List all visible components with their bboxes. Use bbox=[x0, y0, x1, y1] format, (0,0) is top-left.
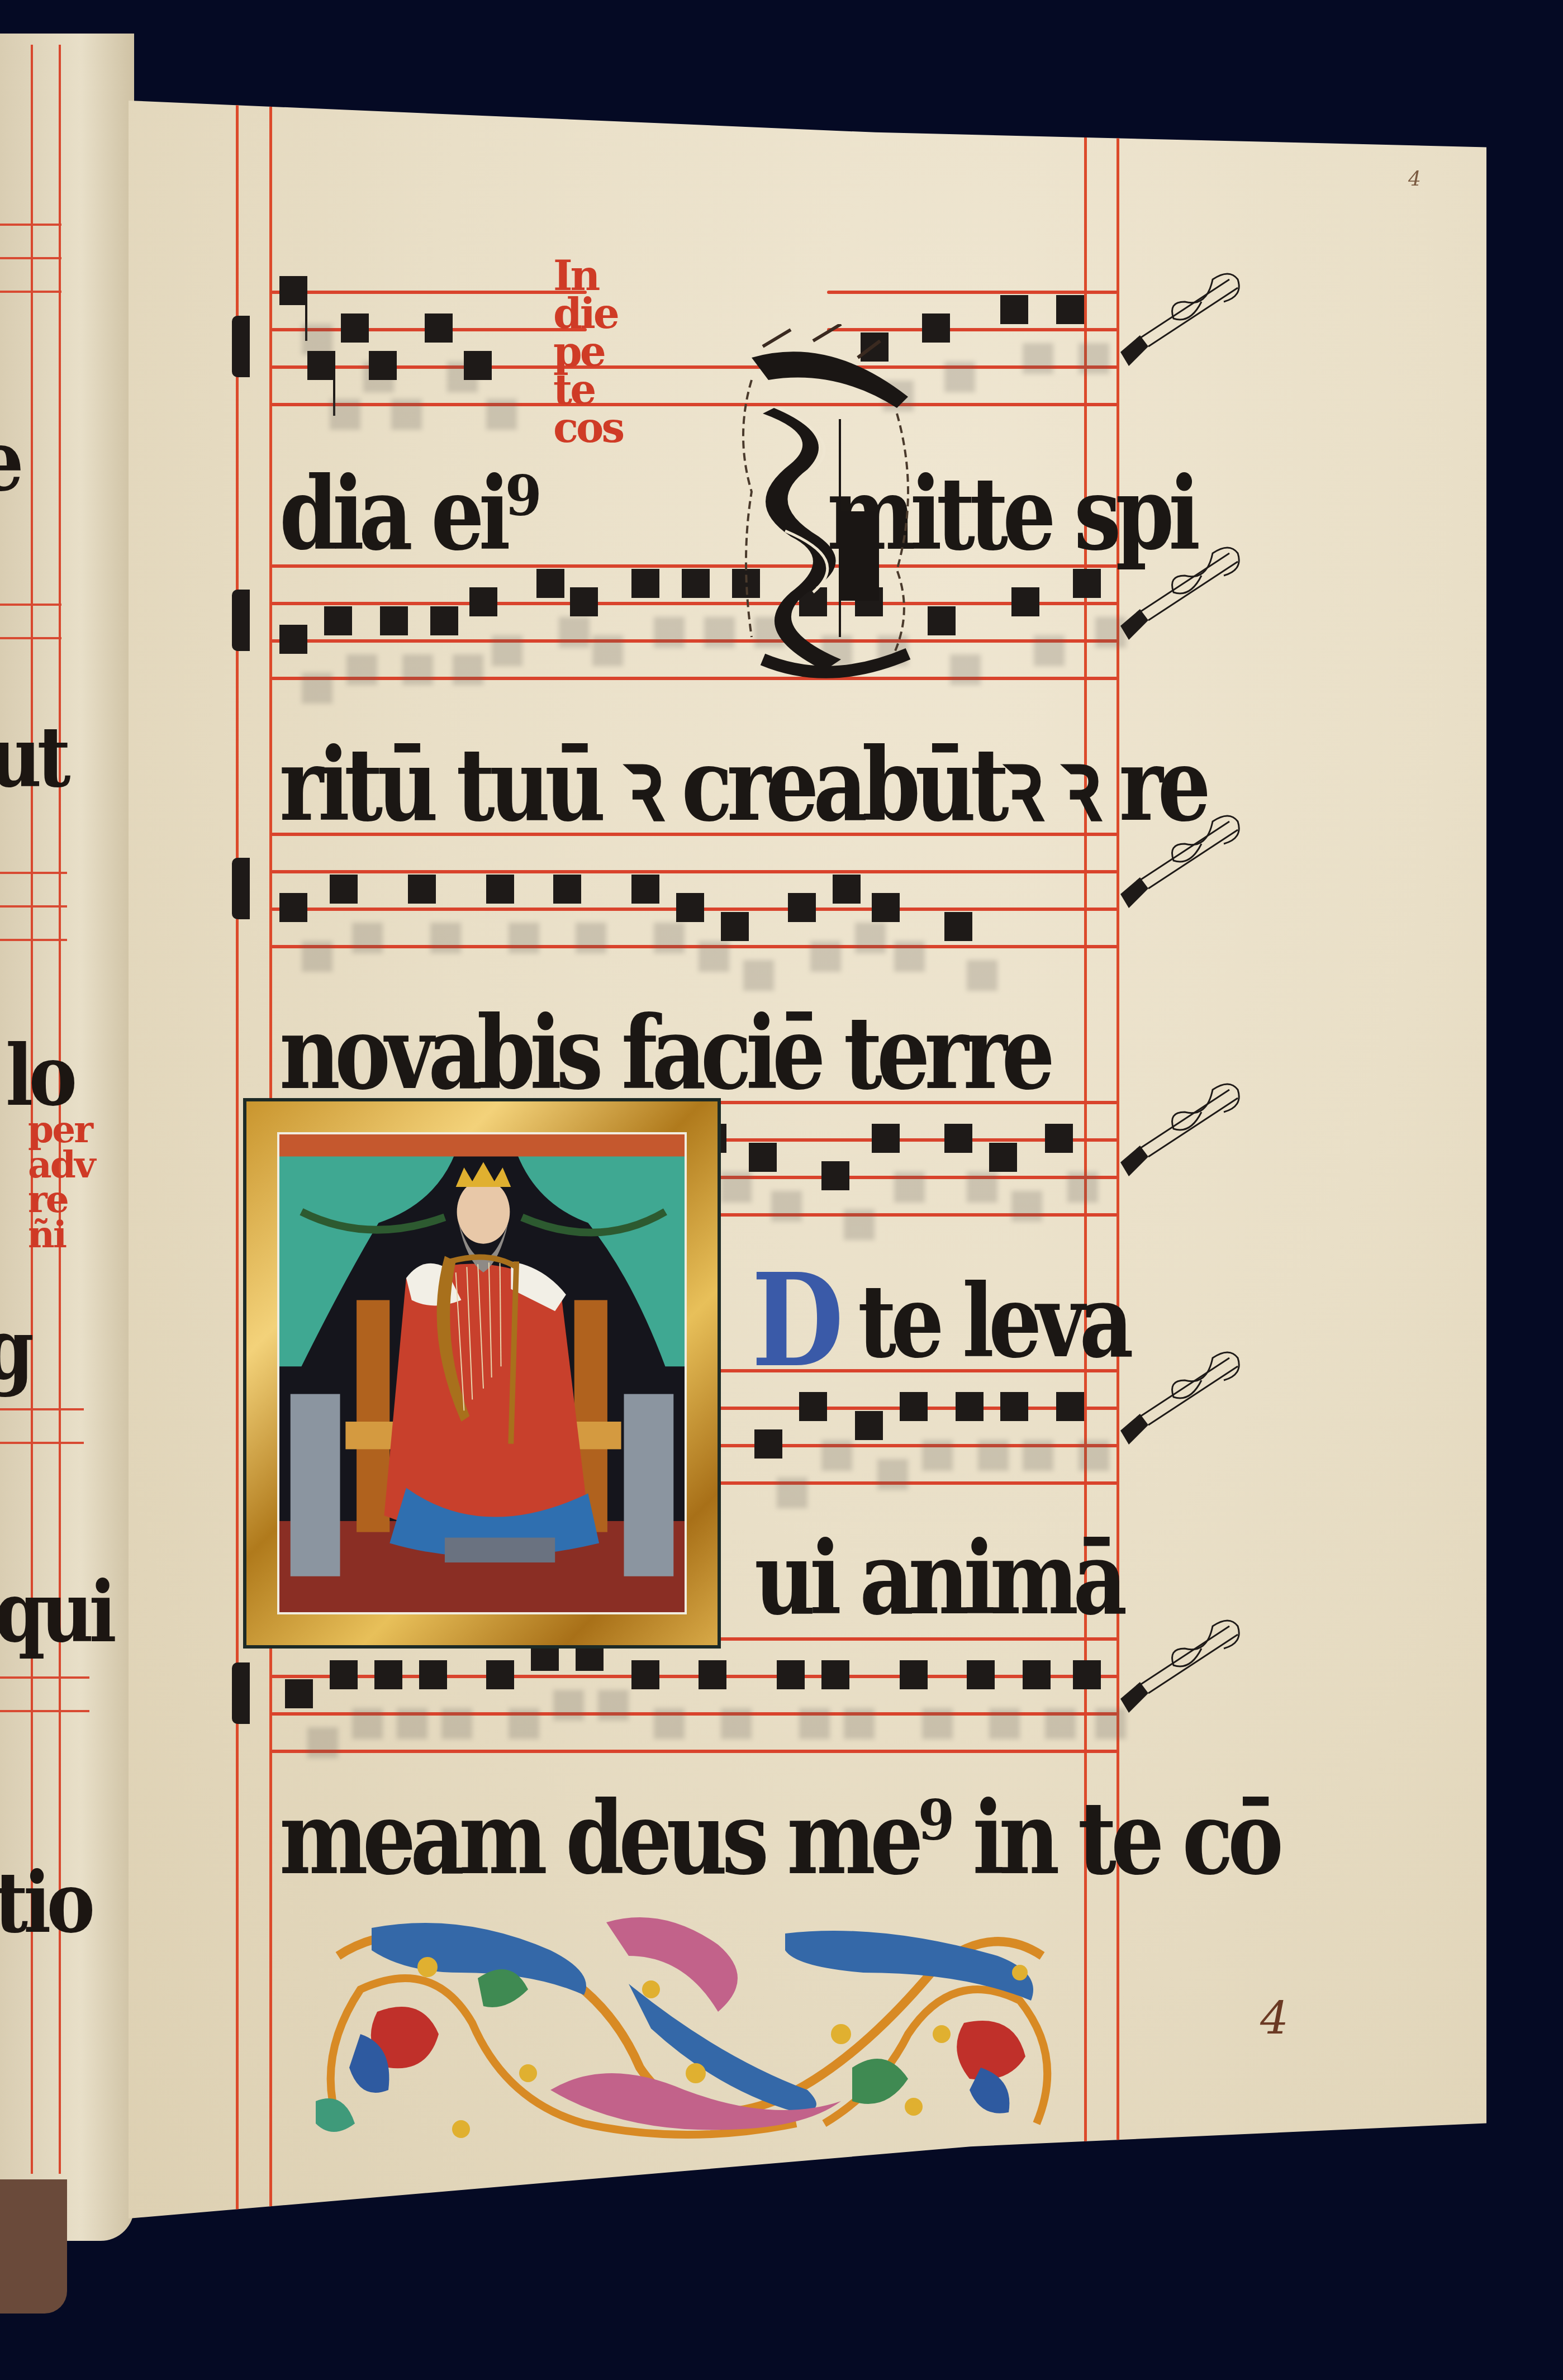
lyric-line-1a: dia ei⁹ bbox=[279, 464, 536, 564]
square-neume bbox=[330, 1660, 358, 1689]
show-through-shadow bbox=[576, 923, 606, 953]
show-through-shadow bbox=[1023, 1440, 1053, 1471]
square-neume bbox=[285, 1679, 313, 1708]
acanthus-border-ornament bbox=[293, 1889, 1076, 2151]
show-through-shadow bbox=[559, 617, 590, 648]
square-neume bbox=[900, 1660, 928, 1689]
staff-line bbox=[687, 1213, 1118, 1217]
left-page-word: lo bbox=[6, 1034, 73, 1118]
rubric-line: te bbox=[553, 371, 623, 409]
lyric-line-4: te leva bbox=[858, 1271, 1128, 1372]
square-neume bbox=[699, 1660, 726, 1689]
square-neume bbox=[553, 875, 581, 904]
show-through-shadow bbox=[844, 1209, 875, 1240]
manuscript-page: dia ei⁹ mitte spi ritū tuū ꝛ creabūtꝛ ꝛ … bbox=[129, 101, 1486, 2219]
blue-initial-d: D bbox=[752, 1257, 838, 1385]
staff-line bbox=[271, 291, 587, 294]
show-through-shadow bbox=[1034, 635, 1065, 666]
square-neume bbox=[330, 875, 358, 904]
square-neume bbox=[989, 1143, 1017, 1172]
square-neume bbox=[464, 351, 492, 380]
square-neume bbox=[279, 893, 307, 922]
square-neume bbox=[279, 625, 307, 654]
show-through-shadow bbox=[598, 1690, 629, 1721]
square-neume bbox=[1023, 1660, 1051, 1689]
show-through-shadow bbox=[330, 399, 360, 430]
show-through-shadow bbox=[441, 1708, 472, 1739]
show-through-shadow bbox=[430, 923, 461, 953]
rubric-line: In bbox=[553, 257, 623, 295]
show-through-shadow bbox=[877, 1459, 908, 1490]
square-neume bbox=[570, 587, 598, 616]
king-david-harp-illustration bbox=[279, 1134, 685, 1612]
staff-line bbox=[0, 291, 61, 293]
staff-line bbox=[0, 872, 67, 874]
square-neume bbox=[928, 606, 956, 635]
square-neume bbox=[430, 606, 458, 635]
square-neume bbox=[486, 875, 514, 904]
lyric-line-3: novabis faciē terre bbox=[279, 1003, 1049, 1104]
lyric-line-6: meam deus me⁹ in te cō bbox=[279, 1788, 1278, 1889]
staff-line bbox=[0, 1710, 89, 1712]
c-clef-icon bbox=[232, 316, 250, 377]
show-through-shadow bbox=[346, 654, 377, 685]
square-neume bbox=[676, 893, 704, 922]
show-through-shadow bbox=[509, 1708, 539, 1739]
show-through-shadow bbox=[799, 1708, 830, 1739]
square-neume bbox=[1056, 295, 1084, 324]
show-through-shadow bbox=[391, 399, 422, 430]
right-margin-rule bbox=[1084, 101, 1087, 2219]
square-neume bbox=[833, 875, 861, 904]
show-through-shadow bbox=[486, 399, 517, 430]
square-neume bbox=[324, 606, 352, 635]
show-through-shadow bbox=[844, 1708, 875, 1739]
rubric-in-die-pentecostes: In die pe te cos bbox=[553, 257, 623, 447]
square-neume bbox=[425, 313, 453, 343]
show-through-shadow bbox=[654, 923, 685, 953]
show-through-shadow bbox=[978, 1440, 1009, 1471]
staff-line bbox=[271, 602, 1118, 605]
square-neume bbox=[536, 569, 564, 598]
square-neume bbox=[307, 351, 335, 380]
show-through-shadow bbox=[592, 635, 623, 666]
show-through-shadow bbox=[810, 941, 841, 972]
staff-line bbox=[0, 905, 67, 908]
show-through-shadow bbox=[855, 923, 886, 953]
custos-icon bbox=[1118, 1079, 1252, 1179]
show-through-shadow bbox=[302, 324, 332, 355]
staff-line bbox=[0, 1442, 84, 1444]
lyric-line-2: ritū tuū ꝛ creabūtꝛ ꝛ re bbox=[279, 735, 1205, 835]
square-neume bbox=[341, 313, 369, 343]
square-neume bbox=[944, 912, 972, 941]
square-neume bbox=[956, 1392, 984, 1421]
show-through-shadow bbox=[721, 1172, 752, 1203]
show-through-shadow bbox=[922, 1708, 953, 1739]
square-neume bbox=[872, 893, 900, 922]
show-through-shadow bbox=[950, 654, 981, 685]
staff-line bbox=[0, 637, 61, 639]
show-through-shadow bbox=[654, 617, 685, 648]
square-neume bbox=[631, 569, 659, 598]
show-through-shadow bbox=[1045, 1708, 1076, 1739]
book-binding-edge bbox=[0, 2179, 67, 2314]
rubric-line: per bbox=[28, 1112, 94, 1147]
miniature-king-david bbox=[243, 1098, 721, 1649]
rubric-line: ñi bbox=[28, 1217, 94, 1252]
show-through-shadow bbox=[553, 1690, 584, 1721]
square-neume bbox=[799, 1392, 827, 1421]
square-neume bbox=[631, 1660, 659, 1689]
square-neume bbox=[369, 351, 397, 380]
square-neume bbox=[855, 1411, 883, 1440]
staff-line bbox=[0, 1408, 84, 1410]
square-neume bbox=[408, 875, 436, 904]
show-through-shadow bbox=[771, 1191, 802, 1222]
left-facing-page: e ut lo g qui tio per adv re ñi bbox=[0, 34, 134, 2241]
staff-line bbox=[271, 870, 1118, 873]
square-neume bbox=[900, 1392, 928, 1421]
show-through-shadow bbox=[1079, 343, 1109, 374]
staff-line bbox=[0, 939, 67, 941]
show-through-shadow bbox=[397, 1708, 427, 1739]
rubric-line: adv bbox=[28, 1147, 94, 1182]
show-through-shadow bbox=[944, 362, 975, 392]
staff-line bbox=[0, 604, 61, 606]
rubric-line: die bbox=[553, 295, 623, 333]
show-through-shadow bbox=[821, 1440, 852, 1471]
square-neume bbox=[380, 606, 408, 635]
show-through-shadow bbox=[922, 1440, 953, 1471]
square-neume bbox=[469, 587, 497, 616]
show-through-shadow bbox=[1011, 1191, 1042, 1222]
square-neume bbox=[486, 1660, 514, 1689]
left-page-rubric: per adv re ñi bbox=[28, 1112, 94, 1252]
show-through-shadow bbox=[352, 923, 383, 953]
show-through-shadow bbox=[1023, 343, 1053, 374]
rubric-line: pe bbox=[553, 333, 623, 371]
show-through-shadow bbox=[492, 635, 522, 666]
custos-icon bbox=[1118, 1347, 1252, 1447]
show-through-shadow bbox=[654, 1708, 685, 1739]
rubric-line: re bbox=[28, 1182, 94, 1217]
square-neume bbox=[631, 875, 659, 904]
left-margin-rule bbox=[236, 101, 239, 2219]
folio-mark-top: 4 bbox=[1408, 168, 1421, 191]
square-neume bbox=[1011, 587, 1039, 616]
miniature-painting bbox=[277, 1132, 687, 1614]
square-neume bbox=[788, 893, 816, 922]
show-through-shadow bbox=[352, 1708, 383, 1739]
c-clef-icon bbox=[232, 1662, 250, 1724]
square-neume bbox=[1000, 1392, 1028, 1421]
left-page-word: tio bbox=[0, 1861, 91, 1945]
square-neume bbox=[749, 1143, 777, 1172]
show-through-shadow bbox=[967, 1172, 997, 1203]
staff-line bbox=[271, 945, 1118, 948]
lyric-line-5: ui animā bbox=[754, 1528, 1122, 1629]
c-clef-icon bbox=[232, 590, 250, 651]
show-through-shadow bbox=[777, 1478, 807, 1508]
show-through-shadow bbox=[453, 654, 483, 685]
square-neume bbox=[279, 276, 307, 305]
square-neume bbox=[967, 1660, 995, 1689]
show-through-shadow bbox=[989, 1708, 1020, 1739]
show-through-shadow bbox=[509, 923, 539, 953]
staff-line bbox=[827, 291, 1118, 294]
square-neume bbox=[1073, 1660, 1101, 1689]
square-neume bbox=[872, 1124, 900, 1153]
square-neume bbox=[1000, 295, 1028, 324]
staff-line bbox=[271, 639, 1118, 643]
folio-number: 4 bbox=[1260, 1992, 1289, 2044]
staff-line bbox=[271, 1750, 1118, 1753]
show-through-shadow bbox=[721, 1708, 752, 1739]
cadel-initial-e bbox=[729, 324, 930, 682]
show-through-shadow bbox=[894, 941, 925, 972]
staff-line bbox=[271, 677, 1118, 680]
rubric-line: cos bbox=[553, 409, 623, 447]
c-clef-icon bbox=[232, 858, 250, 919]
square-neume bbox=[944, 1124, 972, 1153]
left-page-word: qui bbox=[0, 1570, 112, 1654]
staff-line bbox=[0, 1676, 89, 1679]
square-neume bbox=[682, 569, 710, 598]
show-through-shadow bbox=[743, 960, 774, 991]
square-neume bbox=[721, 912, 749, 941]
square-neume bbox=[419, 1660, 447, 1689]
show-through-shadow bbox=[967, 960, 997, 991]
left-page-word: g bbox=[0, 1308, 30, 1391]
custos-icon bbox=[1118, 268, 1252, 369]
square-neume bbox=[754, 1429, 782, 1459]
square-neume bbox=[374, 1660, 402, 1689]
square-neume bbox=[1056, 1392, 1084, 1421]
square-neume bbox=[777, 1660, 805, 1689]
show-through-shadow bbox=[307, 1727, 338, 1758]
square-neume bbox=[1045, 1124, 1073, 1153]
square-neume bbox=[821, 1660, 849, 1689]
show-through-shadow bbox=[699, 941, 729, 972]
custos-icon bbox=[1118, 1615, 1252, 1716]
show-through-shadow bbox=[402, 654, 433, 685]
left-page-word: e bbox=[0, 419, 20, 503]
staff-line bbox=[0, 224, 61, 226]
left-page-word: ut bbox=[0, 715, 66, 799]
show-through-shadow bbox=[894, 1172, 925, 1203]
show-through-shadow bbox=[302, 941, 332, 972]
square-neume bbox=[821, 1161, 849, 1190]
staff-line bbox=[0, 257, 61, 259]
show-through-shadow bbox=[1067, 1172, 1098, 1203]
show-through-shadow bbox=[302, 673, 332, 704]
staff-line bbox=[271, 365, 1118, 369]
show-through-shadow bbox=[1079, 1440, 1109, 1471]
